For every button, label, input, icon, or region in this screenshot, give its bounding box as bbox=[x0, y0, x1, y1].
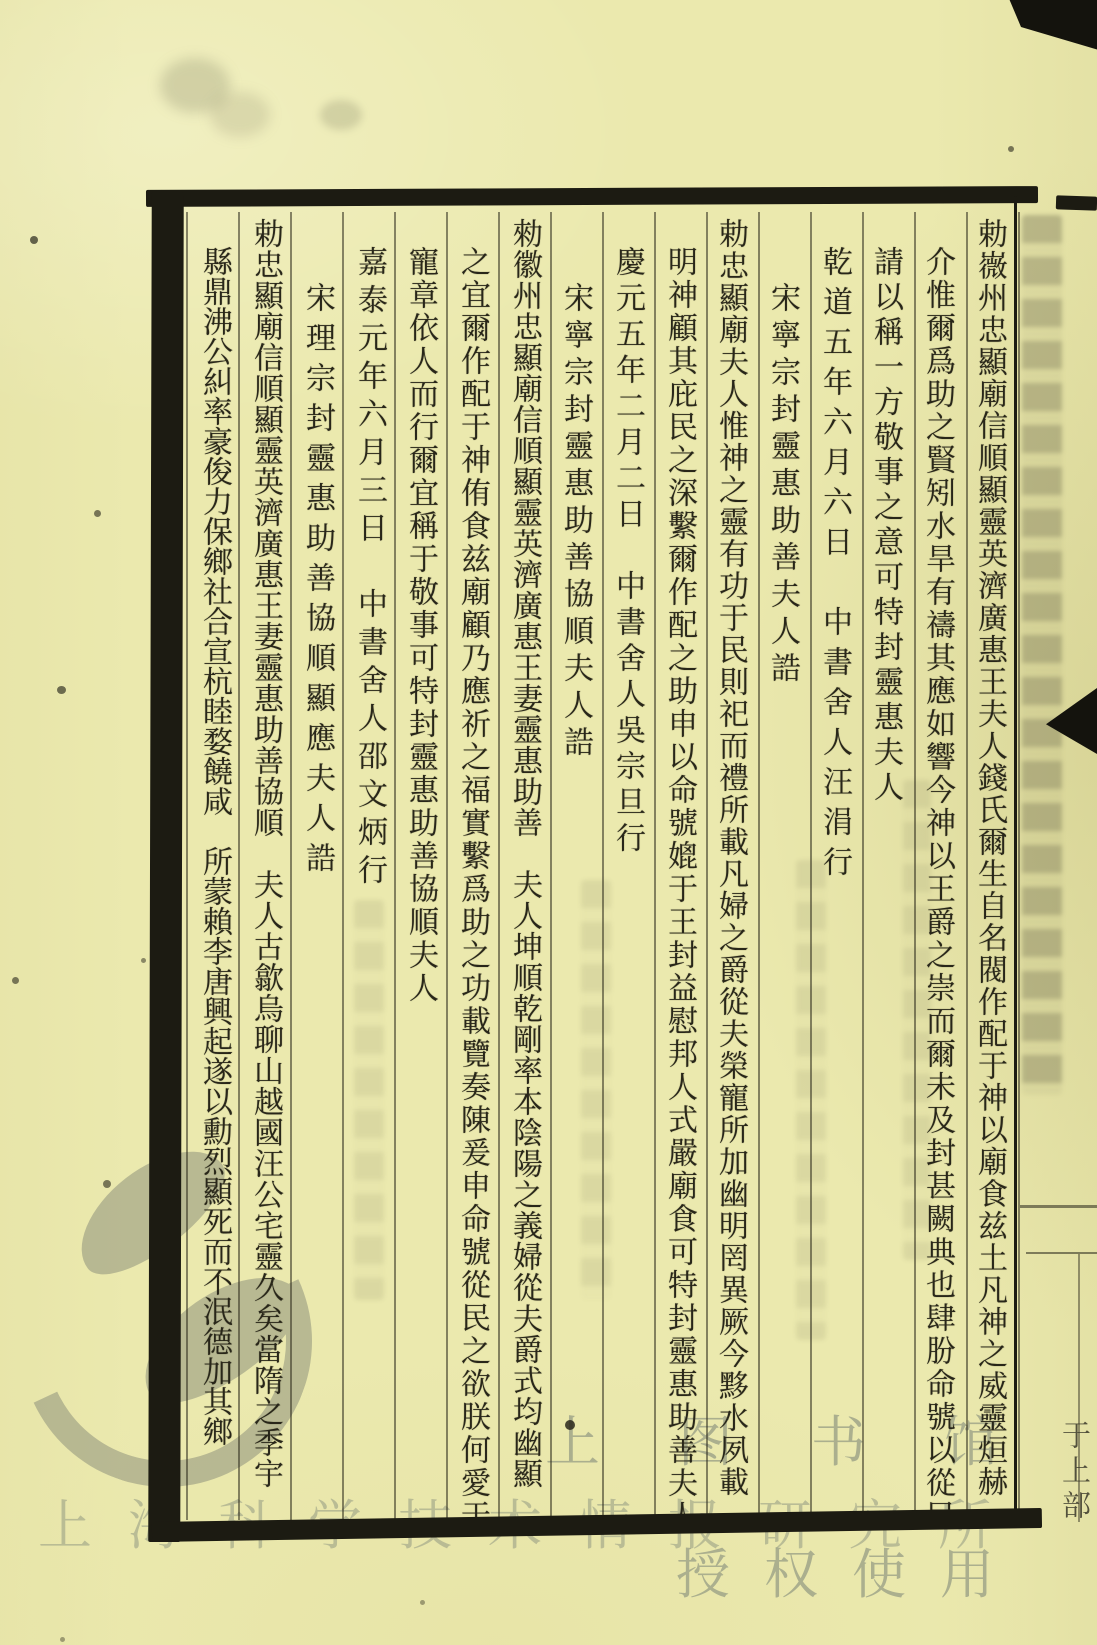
text-column-16: 縣鼎沸公糾率豪俊力保鄉社合宣杭睦婺饒咸 所蒙賴李唐興起遂以勳烈顯死而不泯德加其鄉 bbox=[188, 246, 240, 1446]
text-column-11: 之宜爾作配于神侑食兹廟顧乃應祈之福實繫爲助之功載覽奏陳爰申命號從民之欲朕何愛于 bbox=[446, 246, 498, 1533]
ink-speck bbox=[94, 510, 101, 517]
text-column-1: 勅嶶州忠顯廟信順顯靈英濟廣惠王夫人錢氏爾生自名閥作配于神以廟食兹土凡神之威靈烜赫 bbox=[963, 218, 1015, 1498]
ink-speck bbox=[57, 686, 66, 694]
ink-speck bbox=[141, 958, 146, 963]
spine-fold-line bbox=[1026, 1252, 1097, 1254]
ink-speck bbox=[420, 1600, 425, 1605]
text-column-6: 勅忠顯廟夫人惟神之靈有功于民則祀而禮所載凡婦之爵從夫榮寵所加幽明罔異厥今黟水夙載 bbox=[704, 218, 756, 1498]
text-column-3: 請以稱一方敬事之意可特封靈惠夫人 bbox=[859, 246, 911, 806]
smudge bbox=[320, 100, 362, 130]
text-column-2: 介惟爾爲助之賢矧水旱有禱其應如響今神以王爵之崇而爾未及封甚闕典也肆朌命號以從民 bbox=[911, 246, 963, 1533]
ink-speck bbox=[565, 1420, 575, 1430]
text-column-4: 乾道五年六月六日 中書舍人汪涓行 bbox=[808, 246, 860, 886]
ink-speck bbox=[12, 977, 19, 984]
frame-left-border bbox=[148, 192, 184, 1542]
text-column-5: 宋寧宗封靈惠助善夫人誥 bbox=[756, 282, 808, 689]
ink-speck bbox=[103, 1180, 111, 1188]
text-column-10: 勑徽州忠顯廟信順顯靈英濟廣惠王妻靈惠助善 夫人坤順乾剛率本陰陽之義婦從夫爵式均幽… bbox=[498, 218, 550, 1489]
ink-speck bbox=[60, 1637, 65, 1642]
text-column-14: 宋理宗封靈惠助善協順顯應夫人誥 bbox=[291, 282, 343, 882]
text-column-9: 宋寧宗封靈惠助善協順夫人誥 bbox=[549, 282, 601, 763]
frame-right-border bbox=[1014, 196, 1017, 1526]
spine-fold-line bbox=[1020, 1205, 1097, 1208]
smudge bbox=[210, 92, 270, 137]
text-column-15: 勅忠顯廟信順顯靈英濟廣惠王妻靈惠助善協順 夫人古歙烏聊山越國汪公宅靈久矣當隋之季… bbox=[239, 218, 291, 1489]
ink-speck bbox=[30, 236, 38, 244]
spine-label: 于上部 bbox=[1056, 1420, 1094, 1525]
text-column-12: 寵章依人而行爾宜稱于敬事可特封靈惠助善協順夫人 bbox=[394, 246, 446, 1005]
spine-bleedthrough-text bbox=[1022, 215, 1062, 1095]
edge-stain bbox=[1056, 195, 1097, 210]
ink-speck bbox=[1008, 146, 1014, 152]
text-column-7: 明神顧其庇民之深繫爾作配之助申以命號媲于王封益慰邦人式嚴廟食可特封靈惠助善夫人 bbox=[653, 246, 705, 1533]
watermark-license: 授权使用 bbox=[676, 1532, 1028, 1609]
text-column-8: 慶元五年二月二日 中書舍人吳宗旦行 bbox=[601, 246, 653, 858]
text-column-13: 嘉泰元年六月三日 中書舍人邵文炳行 bbox=[343, 246, 395, 892]
